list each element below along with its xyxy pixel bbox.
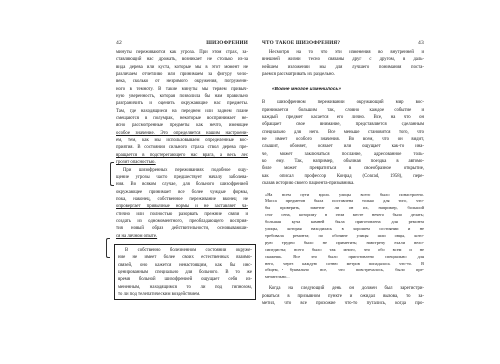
text-line: внешней жизни тесно связаны друг с друго… bbox=[262, 56, 424, 63]
text-line: ного в темноту. В такие минуты мы теряем… bbox=[116, 86, 248, 93]
text-line: специально для него. Все меньше становит… bbox=[262, 129, 424, 136]
text-line: создать из одномоментного, преобладающег… bbox=[116, 218, 248, 225]
text-line: ставляющий нас дрожать, возникает не сто… bbox=[116, 56, 248, 63]
text-line: обращает свое внимание, представляется с… bbox=[262, 121, 424, 128]
text-line: минуты переживаются как угроза. При этом… bbox=[116, 49, 248, 56]
text-line: разграничить и оценить окружающие нас пр… bbox=[116, 100, 248, 107]
quote-line: скажешь. Все это было приготовлено специ… bbox=[265, 254, 424, 261]
margin-bracket-mark bbox=[110, 162, 114, 186]
text-line: роваться в призывном пункте и ожидал выз… bbox=[262, 293, 424, 300]
left-running-head: 42 ШИЗОФРЕНИИ bbox=[116, 40, 248, 47]
text-line: Там, где находящиеся на переднем или зад… bbox=[116, 108, 248, 115]
quote-line: Масса предметов была поставлена только д… bbox=[265, 198, 424, 205]
text-line: нейшем изложении мы для лучшего понимани… bbox=[262, 64, 424, 71]
text-line: связей, оно кажется ненастоящим, как бы … bbox=[118, 262, 252, 269]
text-line: сказав историю своего пациента-призывник… bbox=[262, 180, 424, 187]
left-page: 42 ШИЗОФРЕНИИ минуты переживаются как уг… bbox=[116, 40, 248, 300]
text-line: время больной шизофренией ощущает себя и… bbox=[118, 276, 252, 283]
page-number-right: 43 bbox=[418, 40, 424, 47]
quote-line: улицы, которая находилась в хорошем сост… bbox=[265, 226, 424, 233]
page-number-left: 42 bbox=[116, 40, 122, 47]
text-line: биле может превратиться в своеобразное о… bbox=[262, 165, 424, 172]
quote-line: стог сена, которому в этом месте нечего … bbox=[265, 212, 424, 219]
text-line-underlined: особое значение. Это определяется нашим … bbox=[116, 130, 248, 137]
text-line: ния. Во всяком случае, для больного шизо… bbox=[116, 181, 248, 188]
text-line: че, может заключаться послание, адресова… bbox=[262, 151, 424, 158]
running-head-title-left: ШИЗОФРЕНИИ bbox=[206, 40, 248, 47]
quote-line: мечательно... bbox=[265, 274, 424, 281]
patient-quote: «На всем пути вдоль улицы всего было пон… bbox=[262, 192, 424, 282]
running-head-title-right: ЧТО ТАКОЕ ШИЗОФРЕНИЯ? bbox=[262, 40, 340, 47]
text-line: принимается большим так, словно каждое с… bbox=[262, 107, 424, 114]
quote-line: «На всем пути вдоль улицы всего было пон… bbox=[265, 192, 424, 199]
text-line: При шизофренных переживаниях подобное ощ… bbox=[116, 167, 248, 174]
text-line-underlined: ся на личном опыте. bbox=[116, 233, 248, 240]
text-line: вида дерева или куста, которые мы в этот… bbox=[116, 64, 248, 71]
text-line: различаем отчетливо или принимаем за фиг… bbox=[116, 71, 248, 78]
text-line: слышит, обоняет, осязает или ощущает как… bbox=[262, 143, 424, 150]
quote-line: него, через каждую сотню метров попадало… bbox=[265, 261, 424, 268]
right-running-head: ЧТО ТАКОЕ ШИЗОФРЕНИЯ? 43 bbox=[262, 40, 424, 47]
right-closing: Когда на следующий день он должен был за… bbox=[262, 285, 424, 307]
quote-line: большая куча камней была приготовлена дл… bbox=[265, 219, 424, 226]
text-line: как описал профессор Конрад (Conrad, 195… bbox=[262, 173, 424, 180]
right-body: В шизофренном переживании окружающий мир… bbox=[262, 99, 424, 187]
text-line: метил, что все прохожие что-то путались,… bbox=[262, 300, 424, 307]
text-line: ценированным специально для больного. В … bbox=[118, 269, 252, 276]
text-line: смещаются в полумрак, некоторые восприни… bbox=[116, 115, 248, 122]
text-line: века, сколько от незримого окружения, по… bbox=[116, 78, 248, 85]
text-line: не имеет особого значения. Во всем, что … bbox=[262, 136, 424, 143]
text-line-underlined: опровергает привычные нормы и не заставл… bbox=[116, 203, 248, 210]
left-paragraph-1: минуты переживаются как угроза. При этом… bbox=[116, 49, 248, 167]
text-line: ясно рассмотренные предметы как нечто, и… bbox=[116, 122, 248, 129]
quote-line: сипедисты; всего было так много, что обо… bbox=[265, 247, 424, 254]
text-line: ем, тем, как мы использовываем определен… bbox=[116, 137, 248, 144]
text-line: окружающее принимает все более чуждые фо… bbox=[116, 189, 248, 196]
text-line: В шизофренном переживании окружающий мир… bbox=[262, 99, 424, 106]
section-subheading: «Вовне многое изменилось» bbox=[272, 87, 424, 92]
text-line: то ли под телепатическим воздействием. bbox=[118, 291, 252, 298]
quote-line: требовала ремонта; по обочине улицы шли … bbox=[265, 233, 424, 240]
text-line: ко ему. Так, например, обычная поездка в… bbox=[262, 158, 424, 165]
text-line: Когда на следующий день он должен был за… bbox=[262, 285, 424, 292]
text-line: раемся рассматривать их раздельно. bbox=[262, 71, 424, 78]
text-line: каждый предмет касается его лично. Все, … bbox=[262, 114, 424, 121]
right-page: ЧТО ТАКОЕ ШИЗОФРЕНИЯ? 43 Несмотря на то … bbox=[262, 40, 424, 307]
left-paragraph-2: При шизофренных переживаниях подобное ощ… bbox=[116, 167, 248, 240]
text-line-underlined: грозит опасностью. bbox=[116, 159, 248, 166]
text-line-underlined: вращается в подстерегающего нас врага, а… bbox=[116, 152, 248, 159]
margin-bracket-mark bbox=[106, 238, 110, 258]
text-line: мененным, находящимся то ли под гипнозом… bbox=[118, 284, 252, 291]
text-line: тия новый образ действительности, основы… bbox=[116, 225, 248, 232]
quote-line: бы проверить, заметит ли он их, например… bbox=[265, 205, 424, 212]
text-line: пока, наконец, собственное переживание в… bbox=[116, 196, 248, 203]
quote-line: общем, буквально все, что повстречалось,… bbox=[265, 267, 424, 274]
text-line: Несмотря на то что эти изменения во внут… bbox=[262, 49, 424, 56]
text-line: В собственно болезненном состоянии окруж… bbox=[118, 247, 252, 254]
text-line: ную уверенность, которая позволила бы на… bbox=[116, 93, 248, 100]
text-line: ние не имеет более своих естественных вз… bbox=[118, 254, 252, 261]
right-intro: Несмотря на то что эти изменения во внут… bbox=[262, 49, 424, 78]
quote-line: рую трудно было не приметить; навстречу … bbox=[265, 240, 424, 247]
text-line: приятия. В состоянии сильного страха ств… bbox=[116, 144, 248, 151]
text-line: стично или полностью разорвать прежние с… bbox=[116, 211, 248, 218]
boxed-highlight: В собственно болезненном состоянии окруж… bbox=[114, 244, 256, 300]
scan-speck bbox=[282, 269, 283, 270]
text-line: щение угрозы часто предшествует началу з… bbox=[116, 174, 248, 181]
